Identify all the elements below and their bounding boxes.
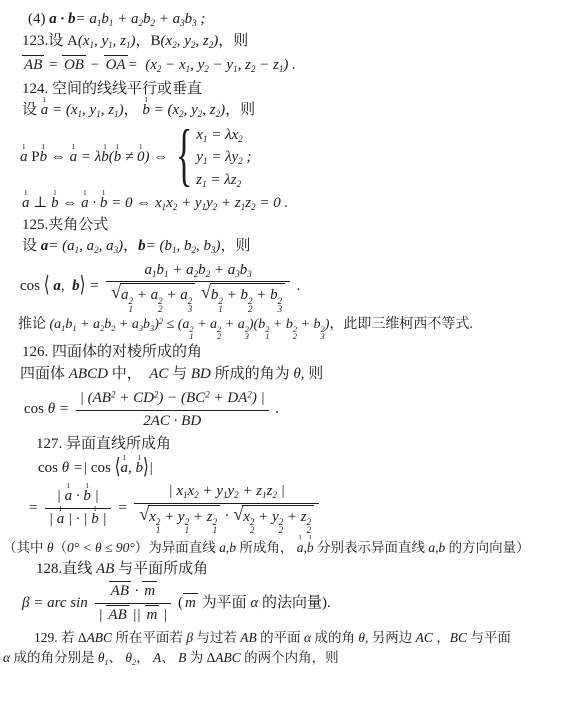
sub-sup-stack: 22 [307,518,312,534]
vector: 1b [101,148,109,168]
text-roman: cos [91,460,115,476]
subscript: 1 [78,109,83,119]
subscript: 1 [72,324,76,333]
subscript: 3 [192,18,197,28]
vector: 1a [57,510,65,530]
line-content: 128.直线 AB 与平面所成角 [36,561,208,577]
subscript: 1 [265,333,269,341]
document-page: (4) a · b= a1b1 + a2b2 + a3b3 ; 123.设 A(… [0,0,561,712]
sub-sup-stack: 22 [158,297,163,313]
numerator: a1b1 + a2b2 + a3b3 [106,261,290,282]
text-roman: 为平面 [198,595,251,611]
corollary-cauchy: 推论 (a1b1 + a2b2 + a3b3)2 ≤ (a21 + a22 + … [18,316,561,341]
overline-vector: AB [106,605,128,624]
radicand: x22 + y22 + z22 [242,505,314,535]
vector-arrow-mark: 1 [122,454,126,462]
text-roman: ，B [136,33,161,49]
subscript: 2 [206,269,211,279]
sub-sup-stack: 23 [321,326,325,341]
heading-126: 126. 四面体的对棱所成的角 [22,343,561,363]
vector-arrow-mark: 1 [116,143,120,151]
subscript: 2 [217,333,221,341]
line-content: 126. 四面体的对棱所成的角 [22,344,202,360]
subscript: 2 [100,324,104,333]
text-roman: ，则 [221,238,251,254]
text-roman: 成的角 [311,630,358,645]
line-content: (4) a · b= a1b1 + a2b2 + a3b3 ; [28,11,205,27]
subscript: 2 [238,156,243,166]
subscript: 2 [216,109,221,119]
line-content: cos θ =| cos ⟨1a, 1b⟩| [38,460,153,476]
text-roman: cos [38,460,62,476]
text-roman: cos [20,278,44,294]
vector-letter: a [297,540,304,555]
vector: 1a [81,194,89,214]
line-content: 123.设 A(x1, y1, z1)，B(x2, y2, z2)，则 [22,33,248,49]
subscript: 1 [126,40,131,50]
subscript: 2 [111,324,115,333]
line-content: 124. 空间的线线平行或垂直 [22,81,202,97]
overline-vector: OB [62,55,86,74]
vector: 1b [135,459,143,479]
item-125-setup: 设 a= (a1, a2, a3)，b= (b1, b2, b3)，则 [22,237,561,257]
text-roman: （其中 [3,540,47,555]
text-roman: P [28,149,40,165]
vector: 1a [65,487,73,507]
radicand: a21 + a22 + a23 [120,283,195,313]
sub-sup-stack: 21 [128,297,133,313]
subscript: 1 [96,109,101,119]
vector-letter: b [101,149,109,165]
numerator: | 1a · 1b | [45,487,111,508]
heading-124: 124. 空间的线线平行或垂直 [22,80,561,100]
text-bold: a [41,238,49,254]
vector: 1a [41,101,49,121]
angle-bracket: ⟩ [80,273,86,301]
subscript: 3 [247,269,252,279]
vector: 1a [20,148,28,168]
vector-arrow-mark: 1 [43,96,47,104]
superscript: 2 [247,390,252,400]
vector-arrow-mark: 1 [67,482,71,490]
sub-sup-stack: 21 [218,297,223,313]
vector: 10 [137,148,145,168]
sub-sup-stack: 23 [278,297,283,313]
vector-letter: b [40,149,48,165]
vector: 1a [297,539,304,557]
note-127: （其中 θ（0° < θ ≤ 90°）为异面直线 a,b 所成角， 1a,1b … [3,539,561,557]
subscript: 1 [203,156,208,166]
superscript: 2 [159,317,163,326]
equation-column: x1 = λx2y1 = λy2z1 = λz2 [196,124,242,192]
subscript: 1 [156,526,161,534]
subscript: 3 [150,324,154,333]
subscript: 1 [128,305,133,313]
line-content: 设 1a = (x1, y1, z1)， 1b = (x2, y2, z2)，则 [22,102,255,118]
item-129-text-1: 129. 若 ΔABC 所在平面若 β 与过若 AB 的平面 α 成的角 θ, … [34,629,561,647]
line-content: 127. 异面直线所成角 [36,436,171,452]
subscript: 1 [202,179,207,189]
subscript: 2 [172,40,177,50]
text-roman: (4) [28,11,49,27]
subscript: 3 [180,18,185,28]
text-roman: 四面体 [20,366,69,382]
subscript: 2 [279,526,284,534]
subscript: 1 [189,333,193,341]
equation-row: z1 = λz2 [196,169,242,192]
subscript: 1 [218,305,223,313]
text-roman: ，此即三维柯西不等式. [329,317,473,332]
text-roman: 所在平面若 [112,630,186,645]
numerator: | (AB2 + CD2) − (BC2 + DA2) | [76,389,269,410]
text-roman: ，则 [225,102,255,118]
vector-letter: b [91,511,99,527]
vector: 1b [83,487,91,507]
text-roman: 的法向量). [258,595,331,611]
subscript: 2 [234,490,239,500]
vector-arrow-mark: 1 [59,505,63,513]
text-bold: b [72,278,80,294]
sub-sup-stack: 22 [293,326,297,341]
radical: √a21 + a22 + a23 [111,283,195,313]
equation-row: y1 = λy2 [196,146,242,169]
vector: 1b [91,510,99,530]
vector: 1b [51,194,59,214]
vector-letter: a [65,488,73,504]
superscript: 2 [205,390,210,400]
text-roman: ）为异面直线 [135,540,219,555]
sub-sup-stack: 22 [250,518,255,534]
text-roman: 推论 [18,317,50,332]
subscript: 3 [114,245,119,255]
line-content: 1a P1b ⇔ 1a = λ1b(1b ≠ 10) ⇔ {x1 = λx2y1… [20,149,251,165]
vector-arrow-mark: 1 [53,189,57,197]
vector-arrow-mark: 1 [41,143,45,151]
vector: 1a [22,194,30,214]
text-roman: , 另两边 [365,630,416,645]
text-roman: 125.夹角公式 [22,217,108,233]
formula-perpendicular: 1a ⊥ 1b ⇔ 1a · 1b = 0 ⇔ x1x2 + y1y2 + z1… [22,194,561,214]
text-bold: a [53,278,61,294]
numerator: AB · m [95,581,172,603]
denominator: 2AC · BD [76,410,269,432]
subscript: 2 [151,18,156,28]
overline-vector: AB [22,55,44,74]
line-content: 推论 (a1b1 + a2b2 + a3b3)2 ≤ (a21 + a22 + … [18,317,473,332]
formula-skew-lines-1: cos θ =| cos ⟨1a, 1b⟩| [38,459,561,479]
line-content: 1a ⊥ 1b ⇔ 1a · 1b = 0 ⇔ x1x2 + y1y2 + z1… [22,195,288,211]
subscript: 1 [262,490,267,500]
sub-sup-stack: 22 [217,326,221,341]
vector-arrow-mark: 1 [139,143,143,151]
text-roman: 与 [168,366,191,382]
line-content: 四面体 ABCD 中， AC 与 BD 所成的角为 θ, 则 [20,366,323,382]
formula-cos-angle: cos ⟨ a, b⟩ = a1b1 + a2b2 + a3b3√a21 + a… [20,261,561,313]
sub-sup-stack: 21 [156,518,161,534]
heading-125: 125.夹角公式 [22,216,561,236]
vector-arrow-mark: 1 [309,535,312,542]
subscript: 1 [233,64,238,74]
subscript: 2 [250,526,255,534]
text-roman: ， [136,650,153,665]
subscript: 1 [61,324,65,333]
vector-letter: b [114,149,122,165]
line-content: α 成的角分别是 θ1、 θ2， A、 B 为 ΔABC 的两个内角，则 [3,650,339,665]
subscript: 2 [157,64,162,74]
subscript: 2 [307,526,312,534]
subscript: 1 [183,490,188,500]
equation-row: x1 = λx2 [196,124,242,147]
vector: 1b [307,539,314,557]
radical: √b21 + b22 + b23 [201,283,285,313]
text-roman: , [128,460,136,476]
text-roman: 的平面 [257,630,304,645]
formula-dot-product: (4) a · b= a1b1 + a2b2 + a3b3 ; [28,10,561,30]
vector-letter: b [83,488,91,504]
subscript: 3 [139,324,143,333]
vector-arrow-mark: 1 [85,482,89,490]
overline-vector: AB [109,581,131,600]
subscript: 2 [248,305,253,313]
text-roman: 所成的角为 [211,366,294,382]
vector-letter: b [51,195,59,211]
text-roman: 128.直线 [36,561,96,577]
subscript: 1 [203,134,208,144]
subscript: 2 [173,202,178,212]
heading-127: 127. 异面直线所成角 [36,435,561,455]
sub-sup-stack: 21 [189,326,193,341]
text-roman: 设 [22,102,41,118]
subscript: 3 [321,333,325,341]
line-content: 125.夹角公式 [22,217,108,233]
vector-letter: a [22,195,30,211]
vector-letter: a [57,511,65,527]
radicand: x21 + y21 + z21 [148,505,220,535]
text-roman: 、 [109,650,126,665]
item-126-setup: 四面体 ABCD 中， AC 与 BD 所成的角为 θ, 则 [20,365,561,385]
sub-sup-stack: 23 [245,326,249,341]
vector-letter: a [81,195,89,211]
vector: 1a [70,148,78,168]
vector-letter: b [100,195,108,211]
vector-arrow-mark: 1 [137,454,141,462]
fraction: | x1x2 + y1y2 + z1z2 |√x21 + y21 + z21 ·… [134,482,319,534]
vector-arrow-mark: 1 [103,143,107,151]
formula-skew-lines-2: = | 1a · 1b || 1a | · | 1b | = | x1x2 + … [28,482,561,534]
subscript: 2 [204,64,209,74]
subscript: 3 [245,333,249,341]
text-roman: ， [124,102,143,118]
vector: 1a [120,459,128,479]
equation-system: {x1 = λx2y1 = λy2z1 = λz2 [176,124,243,192]
angle-bracket: ⟩ [143,454,149,482]
line-content: cos θ = | (AB2 + CD2) − (BC2 + DA2) |2AC… [24,401,279,417]
subscript: 2 [158,305,163,313]
subscript: 1 [223,490,228,500]
vector-letter: a [20,149,28,165]
subscript: 2 [293,333,297,341]
item-123-intro: 123.设 A(x1, y1, z1)，B(x2, y2, z2)，则 [22,32,561,52]
vector-arrow-mark: 1 [102,189,106,197]
text-roman: 124. 空间的线线平行或垂直 [22,81,202,97]
item-129-text-2: α 成的角分别是 θ1、 θ2， A、 B 为 ΔABC 的两个内角，则 [3,649,561,667]
superscript: 2 [154,390,159,400]
vector-letter: b [307,540,314,555]
text-roman: , [61,278,72,294]
text-roman: 与过若 [193,630,240,645]
text-roman: ， [433,630,450,645]
overline-vector: m [142,581,157,600]
subscript: 2 [194,269,199,279]
radicand: b21 + b22 + b23 [210,283,285,313]
sub-sup-stack: 22 [248,297,253,313]
text-roman: ，则 [218,33,248,49]
text-roman: cos [24,401,48,417]
vector-letter: b [142,102,150,118]
subscript: 3 [235,269,240,279]
numerator: | x1x2 + y1y2 + z1z2 | [134,482,319,503]
line-content: 设 a= (a1, a2, a3)，b= (b1, b2, b3)，则 [22,238,251,254]
subscript: 1 [279,64,284,74]
subscript: 1 [90,40,95,50]
sub-sup-stack: 21 [185,518,190,534]
text-roman: 与平面所成角 [114,561,208,577]
subscript: 1 [186,64,191,74]
subscript: 2 [251,64,256,74]
formula-line-plane-angle: β = arc sin AB · m| AB || m | (m 为平面 α 的… [22,581,561,625]
subscript: 2 [94,245,99,255]
vector-letter: a [41,102,49,118]
subscript: 1 [109,18,114,28]
vector-letter: b [135,460,143,476]
text-bold: b [138,238,146,254]
line-content: 129. 若 ΔABC 所在平面若 β 与过若 AB 的平面 α 成的角 θ, … [34,630,511,645]
text-roman: 为 Δ [186,650,215,665]
vector-letter: 0 [137,149,145,165]
text-roman: （ [54,540,68,555]
subscript: 2 [238,134,243,144]
brace: { [176,122,192,192]
subscript: 3 [278,305,283,313]
subscript: 2 [213,202,218,212]
denominator: √x21 + y21 + z21 · √x22 + y22 + z22 [134,503,319,535]
line-content: cos ⟨ a, b⟩ = a1b1 + a2b2 + a3b3√a21 + a… [20,278,301,294]
denominator: | 1a | · | 1b | [45,508,111,530]
text-roman: 分别表示异面直线 [314,540,429,555]
sub-sup-stack: 21 [213,518,218,534]
text-roman: 126. 四面体的对棱所成的角 [22,344,202,360]
item-124-setup: 设 1a = (x1, y1, z1)， 1b = (x2, y2, z2)，则 [22,101,561,121]
vector-arrow-mark: 1 [24,189,28,197]
radical: √x21 + y21 + z21 [139,505,220,535]
text-roman: 123.设 A [22,33,78,49]
fraction: | (AB2 + CD2) − (BC2 + DA2) |2AC · BD [76,389,269,431]
text-roman: 、 [161,650,178,665]
vector-letter: a [120,460,128,476]
text-roman: 与平面 [467,630,511,645]
radical: √x22 + y22 + z22 [233,505,314,535]
text-roman: 127. 异面直线所成角 [36,436,171,452]
vector: 1b [40,148,48,168]
vector-arrow-mark: 1 [144,96,148,104]
subscript: 1 [164,269,169,279]
subscript: 2 [139,18,144,28]
overline-vector: OA [104,55,128,74]
subscript: 3 [211,245,216,255]
vector: 1b [100,194,108,214]
subscript: 2 [192,245,197,255]
subscript: 1 [162,202,167,212]
fraction: a1b1 + a2b2 + a3b3√a21 + a22 + a23 √b21 … [106,261,290,313]
subscript: 2 [209,40,214,50]
sub-sup-stack: 21 [265,326,269,341]
subscript: 1 [241,202,246,212]
subscript: 2 [191,40,196,50]
text-roman: 的方向向量） [445,540,529,555]
subscript: 3 [188,305,193,313]
text-roman: 成的角分别是 [10,650,98,665]
sub-sup-stack: 22 [279,518,284,534]
vector: 1b [114,148,122,168]
text-roman: ( [174,595,183,611]
line-content: = | 1a · 1b || 1a | · | 1b | = | x1x2 + … [28,500,322,516]
subscript: 1 [185,526,190,534]
text-roman: , 则 [301,366,324,382]
text-roman: 的两个内角，则 [241,650,339,665]
subscript: 1 [213,526,218,534]
subscript: 2 [251,202,256,212]
vector-arrow-mark: 1 [298,535,301,542]
denominator: | AB || m | [95,603,172,626]
text-roman: ， [123,238,138,254]
vector-arrow-mark: 1 [93,505,97,513]
text-bold: a · b [49,11,75,27]
subscript: 2 [272,490,277,500]
text-roman: 中， [108,366,149,382]
superscript: 2 [111,390,116,400]
subscript: 1 [97,18,102,28]
subscript: 1 [108,40,113,50]
overline-vector: m [183,593,198,612]
denominator: √a21 + a22 + a23 √b21 + b22 + b23 [106,281,290,313]
fraction: | 1a · 1b || 1a | · | 1b | [45,487,111,529]
formula-parallel-system: 1a P1b ⇔ 1a = λ1b(1b ≠ 10) ⇔ {x1 = λx2y1… [20,124,561,192]
subscript: 2 [198,109,203,119]
heading-128: 128.直线 AB 与平面所成角 [36,560,561,580]
text-roman: 129. 若 Δ [34,630,87,645]
formula-tetrahedron-angle: cos θ = | (AB2 + CD2) − (BC2 + DA2) |2AC… [24,389,561,431]
formula-vector-AB: AB = OB − OA= (x2 − x1, y2 − y1, z2 − z1… [22,55,561,76]
vector-arrow-mark: 1 [71,143,75,151]
vector-arrow-mark: 1 [22,143,26,151]
vector-letter: a [70,149,78,165]
subscript: 2 [194,490,199,500]
subscript: 1 [152,269,157,279]
line-content: AB = OB − OA= (x2 − x1, y2 − y1, z2 − z1… [22,57,296,73]
vector: 1b [142,101,150,121]
subscript: 1 [114,109,119,119]
line-content: β = arc sin AB · m| AB || m | (m 为平面 α 的… [22,595,331,611]
subscript: 1 [75,245,80,255]
fraction: AB · m| AB || m | [95,581,172,625]
angle-bracket: ⟨ [44,273,50,301]
subscript: 1 [172,245,177,255]
text-roman: 设 [22,238,41,254]
sub-sup-stack: 23 [188,297,193,313]
vector-arrow-mark: 1 [83,189,87,197]
subscript: 1 [202,202,207,212]
overline-vector: m [145,605,160,624]
